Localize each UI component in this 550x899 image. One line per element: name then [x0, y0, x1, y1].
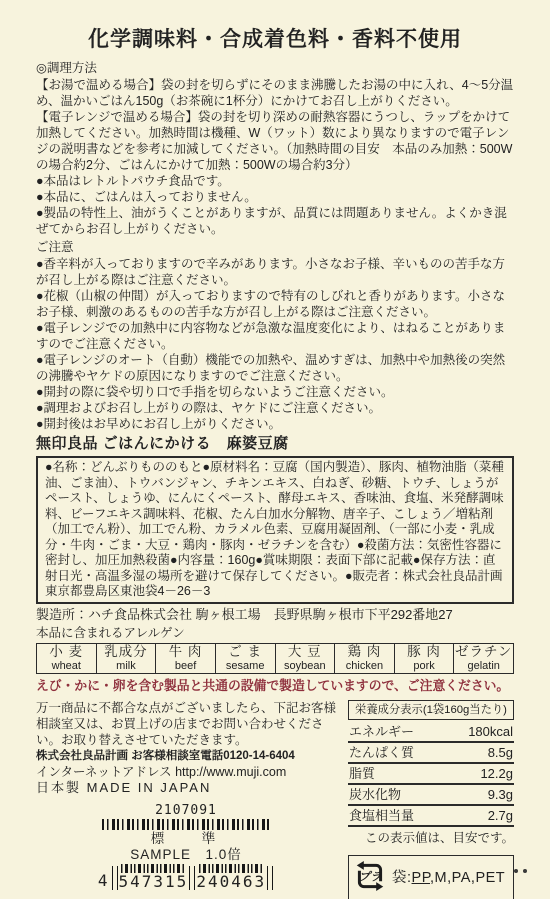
caution-item: ●開封後はお早めにお召し上がりください。: [36, 416, 514, 432]
ean-left-digits: 547315: [119, 873, 189, 890]
allergen-cell: ゼラチン gelatin: [454, 643, 514, 673]
barcode-block: 2107091 標 準 SAMPLE 1.0倍 4 547315 240463: [36, 804, 336, 890]
recycle-material-box: プラ 袋:PP,M,PA,PET: [348, 855, 514, 899]
print-registration-dot: [523, 869, 527, 873]
cooking-method-heading: ◎調理方法: [36, 60, 514, 76]
nutrition-row: 炭水化物 9.3g: [348, 785, 514, 806]
allergen-cell: 乳成分 milk: [96, 643, 156, 673]
sample-label: SAMPLE 1.0倍: [36, 847, 336, 863]
bag-material-text: 袋:PP,M,PA,PET: [392, 870, 505, 886]
ean-guard-bar: [112, 866, 118, 890]
allergen-ja: ご ま: [216, 644, 275, 660]
plastic-recycle-icon: プラ: [355, 861, 385, 895]
allergen-cell: 小 麦 wheat: [37, 643, 97, 673]
allergen-en: soybean: [276, 660, 335, 672]
allergen-ja: 大 豆: [276, 644, 335, 660]
nutrition-value: 2.7g: [488, 808, 513, 824]
allergen-cell: 大 豆 soybean: [275, 643, 335, 673]
internet-address: インターネットアドレス http://www.muji.com: [36, 764, 336, 780]
allergen-ja: ゼラチン: [454, 644, 513, 660]
manufacturer-line: 製造所：ハチ食品株式会社 駒ヶ根工場 長野県駒ヶ根市下平292番地27: [36, 607, 514, 623]
grade-label: 標 準: [36, 831, 336, 847]
allergen-en: chicken: [335, 660, 394, 672]
bag-prefix: 袋:: [392, 870, 412, 886]
ean-left-group: 547315: [119, 864, 189, 890]
nutrition-value: 180kcal: [468, 724, 513, 740]
ean-guard-bar: [189, 866, 195, 890]
made-in-japan: 日本製 MADE IN JAPAN: [36, 780, 336, 796]
product-label-back: 化学調味料・合成着色料・香料不使用 ◎調理方法 【お湯で温める場合】袋の封を切ら…: [0, 0, 550, 899]
allergen-table: 小 麦 wheat 乳成分 milk 牛 肉 beef ご ま sesame 大…: [36, 643, 514, 674]
allergen-en: milk: [97, 660, 156, 672]
caution-item: ●電子レンジのオート（自動）機能での加熱や、温めすぎは、加熱中や加熱後の突然の沸…: [36, 352, 514, 384]
cooking-note: ●本品はレトルトパウチ食品です。: [36, 173, 514, 189]
no-additives-title: 化学調味料・合成着色料・香料不使用: [36, 28, 514, 52]
cooking-method-section: ◎調理方法 【お湯で温める場合】袋の封を切らずにそのまま沸騰したお湯の中に入れ、…: [36, 60, 514, 237]
nutrition-label: 食塩相当量: [349, 808, 414, 824]
print-registration-dot: [514, 869, 518, 873]
caution-item: ●調理およびお召し上がりの際は、ヤケドにご注意ください。: [36, 400, 514, 416]
ingredients-spec-box: ●名称：どんぶりもののもと●原材料名：豆腐（国内製造）、豚肉、植物油脂（菜種油、…: [36, 456, 514, 604]
nutrition-title: 栄養成分表示(1袋160g当たり): [348, 700, 514, 720]
nutrition-row: エネルギー 180kcal: [348, 722, 514, 743]
caution-heading: ご注意: [36, 239, 514, 255]
caution-item: ●花椒（山椒の仲間）が入っておりますので特有のしびれと香りがあります。小さなお子…: [36, 288, 514, 320]
ean-right-digits: 240463: [196, 873, 266, 890]
cooking-note: ●製品の特性上、油がうくことがありますが、品質には問題ありません。よくかき混ぜて…: [36, 205, 514, 237]
allergen-en: sesame: [216, 660, 275, 672]
ean-first-digit: 4: [98, 872, 108, 890]
nutrition-label: 炭水化物: [349, 787, 401, 803]
allergen-cell: 牛 肉 beef: [156, 643, 216, 673]
cooking-note: ●本品に、ごはんは入っておりません。: [36, 189, 514, 205]
nutrition-row: 食塩相当量 2.7g: [348, 806, 514, 827]
internal-barcode: [102, 819, 270, 830]
bag-material-rest: ,M,PA,PET: [430, 870, 505, 886]
ean-right-group: 240463: [196, 864, 266, 890]
ean-barcode: 4 547315 240463: [36, 864, 336, 890]
contact-column: 万一商品に不都合な点がございましたら、下記お客様相談室又は、お買上げの店までお問…: [36, 700, 336, 899]
nutrition-value: 8.5g: [488, 745, 513, 761]
allergen-heading: 本品に含まれるアレルゲン: [36, 625, 514, 641]
svg-text:プラ: プラ: [359, 870, 382, 883]
product-name: 無印良品 ごはんにかける 麻婆豆腐: [36, 436, 514, 452]
internal-code: 2107091: [36, 804, 336, 818]
allergen-ja: 乳成分: [97, 644, 156, 660]
allergen-ja: 牛 肉: [156, 644, 215, 660]
bag-material-pp: PP: [412, 870, 430, 886]
customer-service-phone: 株式会社良品計画 お客様相談室電話0120-14-6404: [36, 748, 336, 764]
nutrition-value: 9.3g: [488, 787, 513, 803]
nutrition-panel: 栄養成分表示(1袋160g当たり) エネルギー 180kcal たんぱく質 8.…: [348, 700, 514, 846]
contact-text: 万一商品に不都合な点がございましたら、下記お客様相談室又は、お買上げの店までお問…: [36, 700, 336, 748]
bottom-columns: 万一商品に不都合な点がございましたら、下記お客様相談室又は、お買上げの店までお問…: [36, 700, 514, 899]
nutrition-label: エネルギー: [349, 724, 414, 740]
caution-item: ●香辛料が入っておりますので辛みがあります。小さなお子様、辛いものの苦手な方が召…: [36, 256, 514, 288]
nutrition-label: たんぱく質: [349, 745, 414, 761]
allergen-en: gelatin: [454, 660, 513, 672]
allergen-cell: 鶏 肉 chicken: [335, 643, 395, 673]
shared-equipment-warning: えび・かに・卵を含む製品と共通の設備で製造していますので、ご注意ください。: [36, 678, 514, 694]
allergen-en: pork: [395, 660, 454, 672]
cooking-paragraph: 【お湯で温める場合】袋の封を切らずにそのまま沸騰したお湯の中に入れ、4～5分温め…: [36, 77, 514, 109]
caution-item: ●電子レンジでの加熱中に内容物などが急激な温度変化により、はねることがありますの…: [36, 320, 514, 352]
nutrition-note: この表示値は、目安です。: [348, 830, 514, 846]
cooking-paragraph: 【電子レンジで温める場合】袋の封を切り深めの耐熱容器にうつし、ラップをかけて加熱…: [36, 109, 514, 173]
caution-section: ご注意 ●香辛料が入っておりますので辛みがあります。小さなお子様、辛いものの苦手…: [36, 239, 514, 432]
allergen-cell: ご ま sesame: [215, 643, 275, 673]
allergen-ja: 小 麦: [37, 644, 96, 660]
allergen-en: beef: [156, 660, 215, 672]
nutrition-value: 12.2g: [480, 766, 513, 782]
nutrition-column: 栄養成分表示(1袋160g当たり) エネルギー 180kcal たんぱく質 8.…: [348, 700, 514, 899]
nutrition-label: 脂質: [349, 766, 375, 782]
caution-item: ●開封の際に袋や切り口で手指を切らないようご注意ください。: [36, 384, 514, 400]
allergen-ja: 鶏 肉: [335, 644, 394, 660]
allergen-cell: 豚 肉 pork: [394, 643, 454, 673]
nutrition-row: たんぱく質 8.5g: [348, 743, 514, 764]
allergen-ja: 豚 肉: [395, 644, 454, 660]
nutrition-row: 脂質 12.2g: [348, 764, 514, 785]
ean-guard-bar: [267, 866, 273, 890]
allergen-en: wheat: [37, 660, 96, 672]
